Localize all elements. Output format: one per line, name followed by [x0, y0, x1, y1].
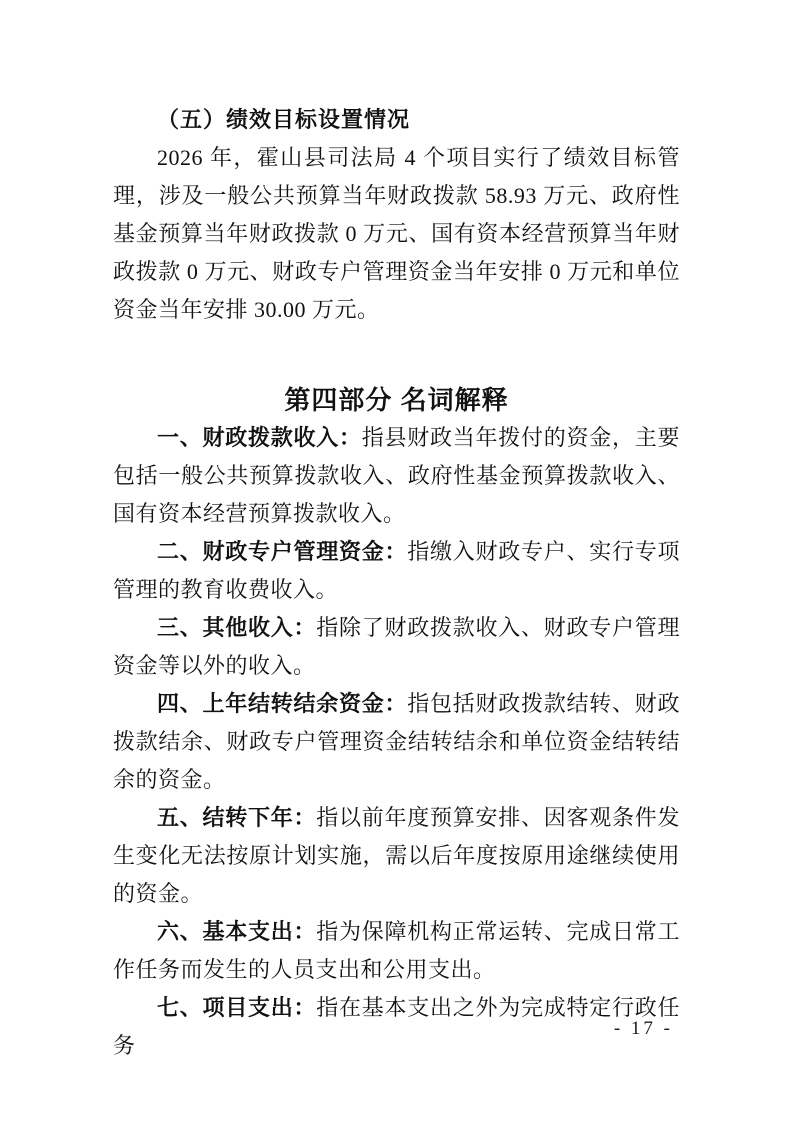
page-number: - 17 -: [614, 1016, 673, 1042]
section5-heading: （五）绩效目标设置情况: [113, 101, 680, 139]
term-definition-6: 六、基本支出：指为保障机构正常运转、完成日常工作任务而发生的人员支出和公用支出。: [113, 913, 680, 989]
document-page: （五）绩效目标设置情况 2026 年，霍山县司法局 4 个项目实行了绩效目标管理…: [0, 0, 793, 1122]
term-definition-3: 三、其他收入：指除了财政拨款收入、财政专户管理资金等以外的收入。: [113, 609, 680, 685]
term-label-2: 二、财政专户管理资金：: [157, 539, 407, 564]
term-label-1: 一、财政拨款收入：: [157, 425, 362, 450]
term-definition-5: 五、结转下年：指以前年度预算安排、因客观条件发生变化无法按原计划实施，需以后年度…: [113, 799, 680, 913]
term-label-4: 四、上年结转结余资金：: [157, 691, 407, 716]
term-definition-4: 四、上年结转结余资金：指包括财政拨款结转、财政拨款结余、财政专户管理资金结转结余…: [113, 685, 680, 799]
term-definition-1: 一、财政拨款收入：指县财政当年拨付的资金，主要包括一般公共预算拨款收入、政府性基…: [113, 419, 680, 533]
term-definition-2: 二、财政专户管理资金：指缴入财政专户、实行专项管理的教育收费收入。: [113, 533, 680, 609]
term-definition-7: 七、项目支出：指在基本支出之外为完成特定行政任务: [113, 989, 680, 1065]
part4-heading: 第四部分 名词解释: [113, 381, 680, 419]
term-label-7: 七、项目支出：: [157, 995, 316, 1020]
term-label-3: 三、其他收入：: [157, 615, 316, 640]
term-label-5: 五、结转下年：: [157, 805, 316, 830]
section5-paragraph: 2026 年，霍山县司法局 4 个项目实行了绩效目标管理，涉及一般公共预算当年财…: [113, 139, 680, 329]
term-label-6: 六、基本支出：: [157, 919, 316, 944]
